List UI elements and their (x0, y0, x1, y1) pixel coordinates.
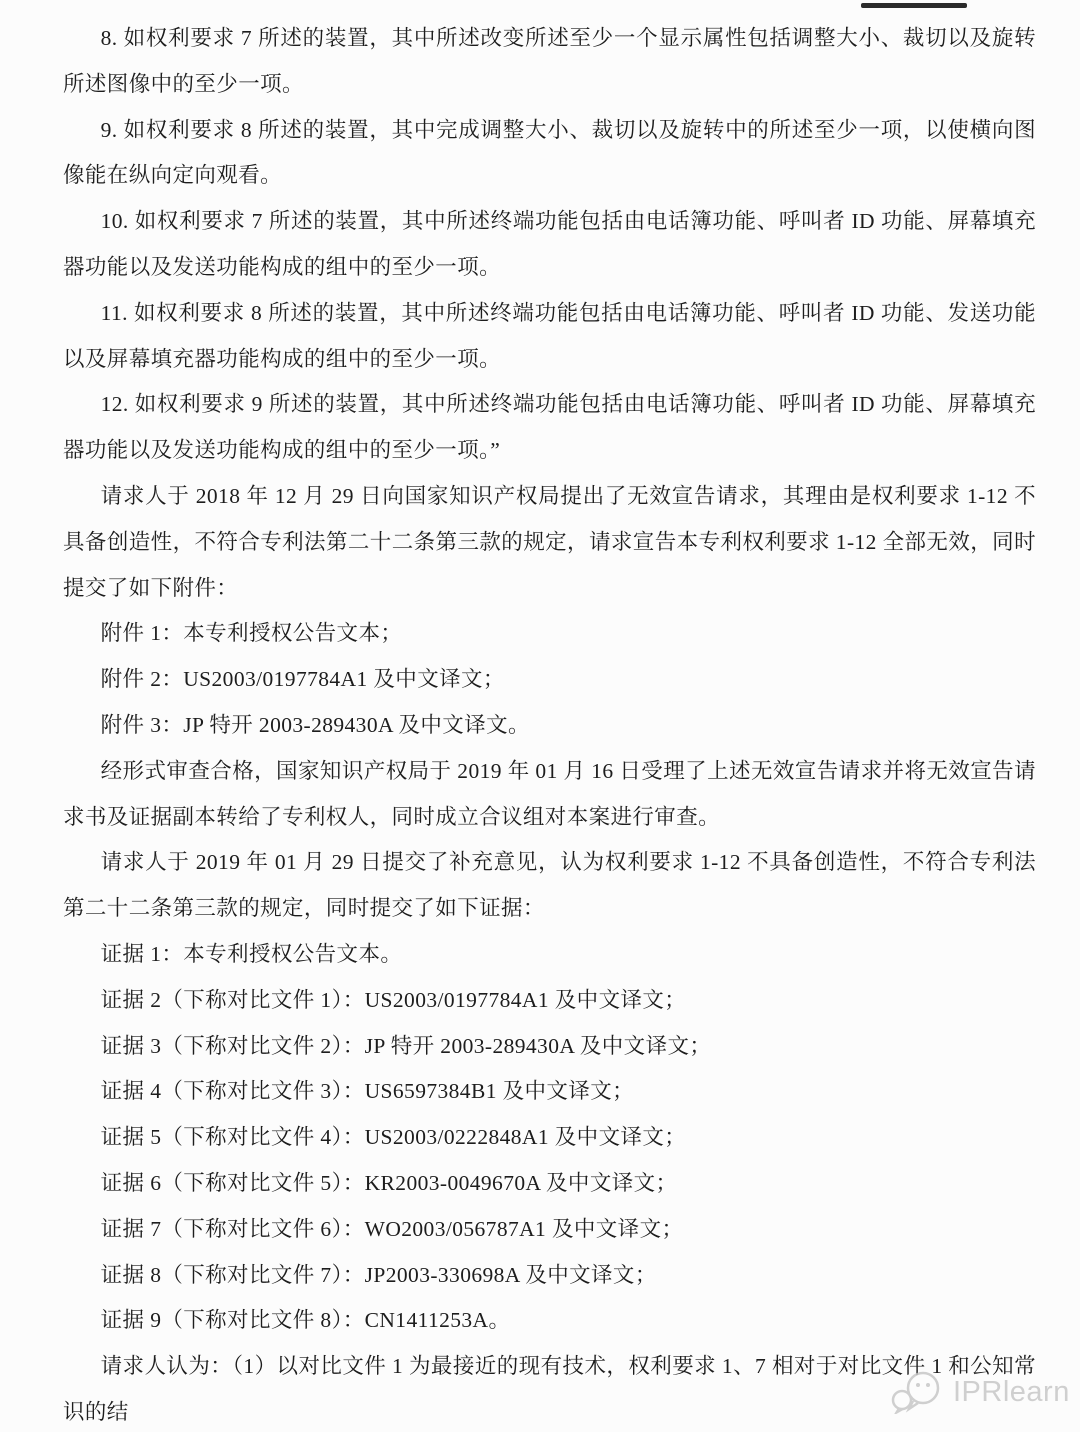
paragraph: 12. 如权利要求 9 所述的装置，其中所述终端功能包括由电话簿功能、呼叫者 I… (63, 382, 1036, 474)
paragraph: 请求人认为：（1）以对比文件 1 为最接近的现有技术，权利要求 1、7 相对于对… (63, 1344, 1036, 1432)
paragraph: 8. 如权利要求 7 所述的装置，其中所述改变所述至少一个显示属性包括调整大小、… (63, 16, 1036, 108)
list-item-evidence: 证据 7（下称对比文件 6）：WO2003/056787A1 及中文译文； (63, 1207, 1036, 1253)
list-item-evidence: 证据 8（下称对比文件 7）：JP2003-330698A 及中文译文； (63, 1253, 1036, 1299)
document-page: 8. 如权利要求 7 所述的装置，其中所述改变所述至少一个显示属性包括调整大小、… (0, 0, 1080, 1432)
list-item-attachment: 附件 1：本专利授权公告文本； (63, 611, 1036, 657)
paragraph: 10. 如权利要求 7 所述的装置，其中所述终端功能包括由电话簿功能、呼叫者 I… (63, 199, 1036, 291)
list-item-evidence: 证据 3（下称对比文件 2）：JP 特开 2003-289430A 及中文译文； (63, 1024, 1036, 1070)
list-item-evidence: 证据 1：本专利授权公告文本。 (63, 932, 1036, 978)
paragraph: 11. 如权利要求 8 所述的装置，其中所述终端功能包括由电话簿功能、呼叫者 I… (63, 291, 1036, 383)
paragraph: 经形式审查合格，国家知识产权局于 2019 年 01 月 16 日受理了上述无效… (63, 749, 1036, 841)
list-item-attachment: 附件 2：US2003/0197784A1 及中文译文； (63, 657, 1036, 703)
list-item-evidence: 证据 5（下称对比文件 4）：US2003/0222848A1 及中文译文； (63, 1115, 1036, 1161)
list-item-evidence: 证据 9（下称对比文件 8）：CN1411253A。 (63, 1298, 1036, 1344)
paragraph: 9. 如权利要求 8 所述的装置，其中完成调整大小、裁切以及旋转中的所述至少一项… (63, 108, 1036, 200)
list-item-evidence: 证据 2（下称对比文件 1）：US2003/0197784A1 及中文译文； (63, 978, 1036, 1024)
paragraph: 请求人于 2019 年 01 月 29 日提交了补充意见，认为权利要求 1-12… (63, 840, 1036, 932)
paragraph: 请求人于 2018 年 12 月 29 日向国家知识产权局提出了无效宣告请求，其… (63, 474, 1036, 611)
list-item-evidence: 证据 6（下称对比文件 5）：KR2003-0049670A 及中文译文； (63, 1161, 1036, 1207)
list-item-attachment: 附件 3：JP 特开 2003-289430A 及中文译文。 (63, 703, 1036, 749)
list-item-evidence: 证据 4（下称对比文件 3）：US6597384B1 及中文译文； (63, 1069, 1036, 1115)
